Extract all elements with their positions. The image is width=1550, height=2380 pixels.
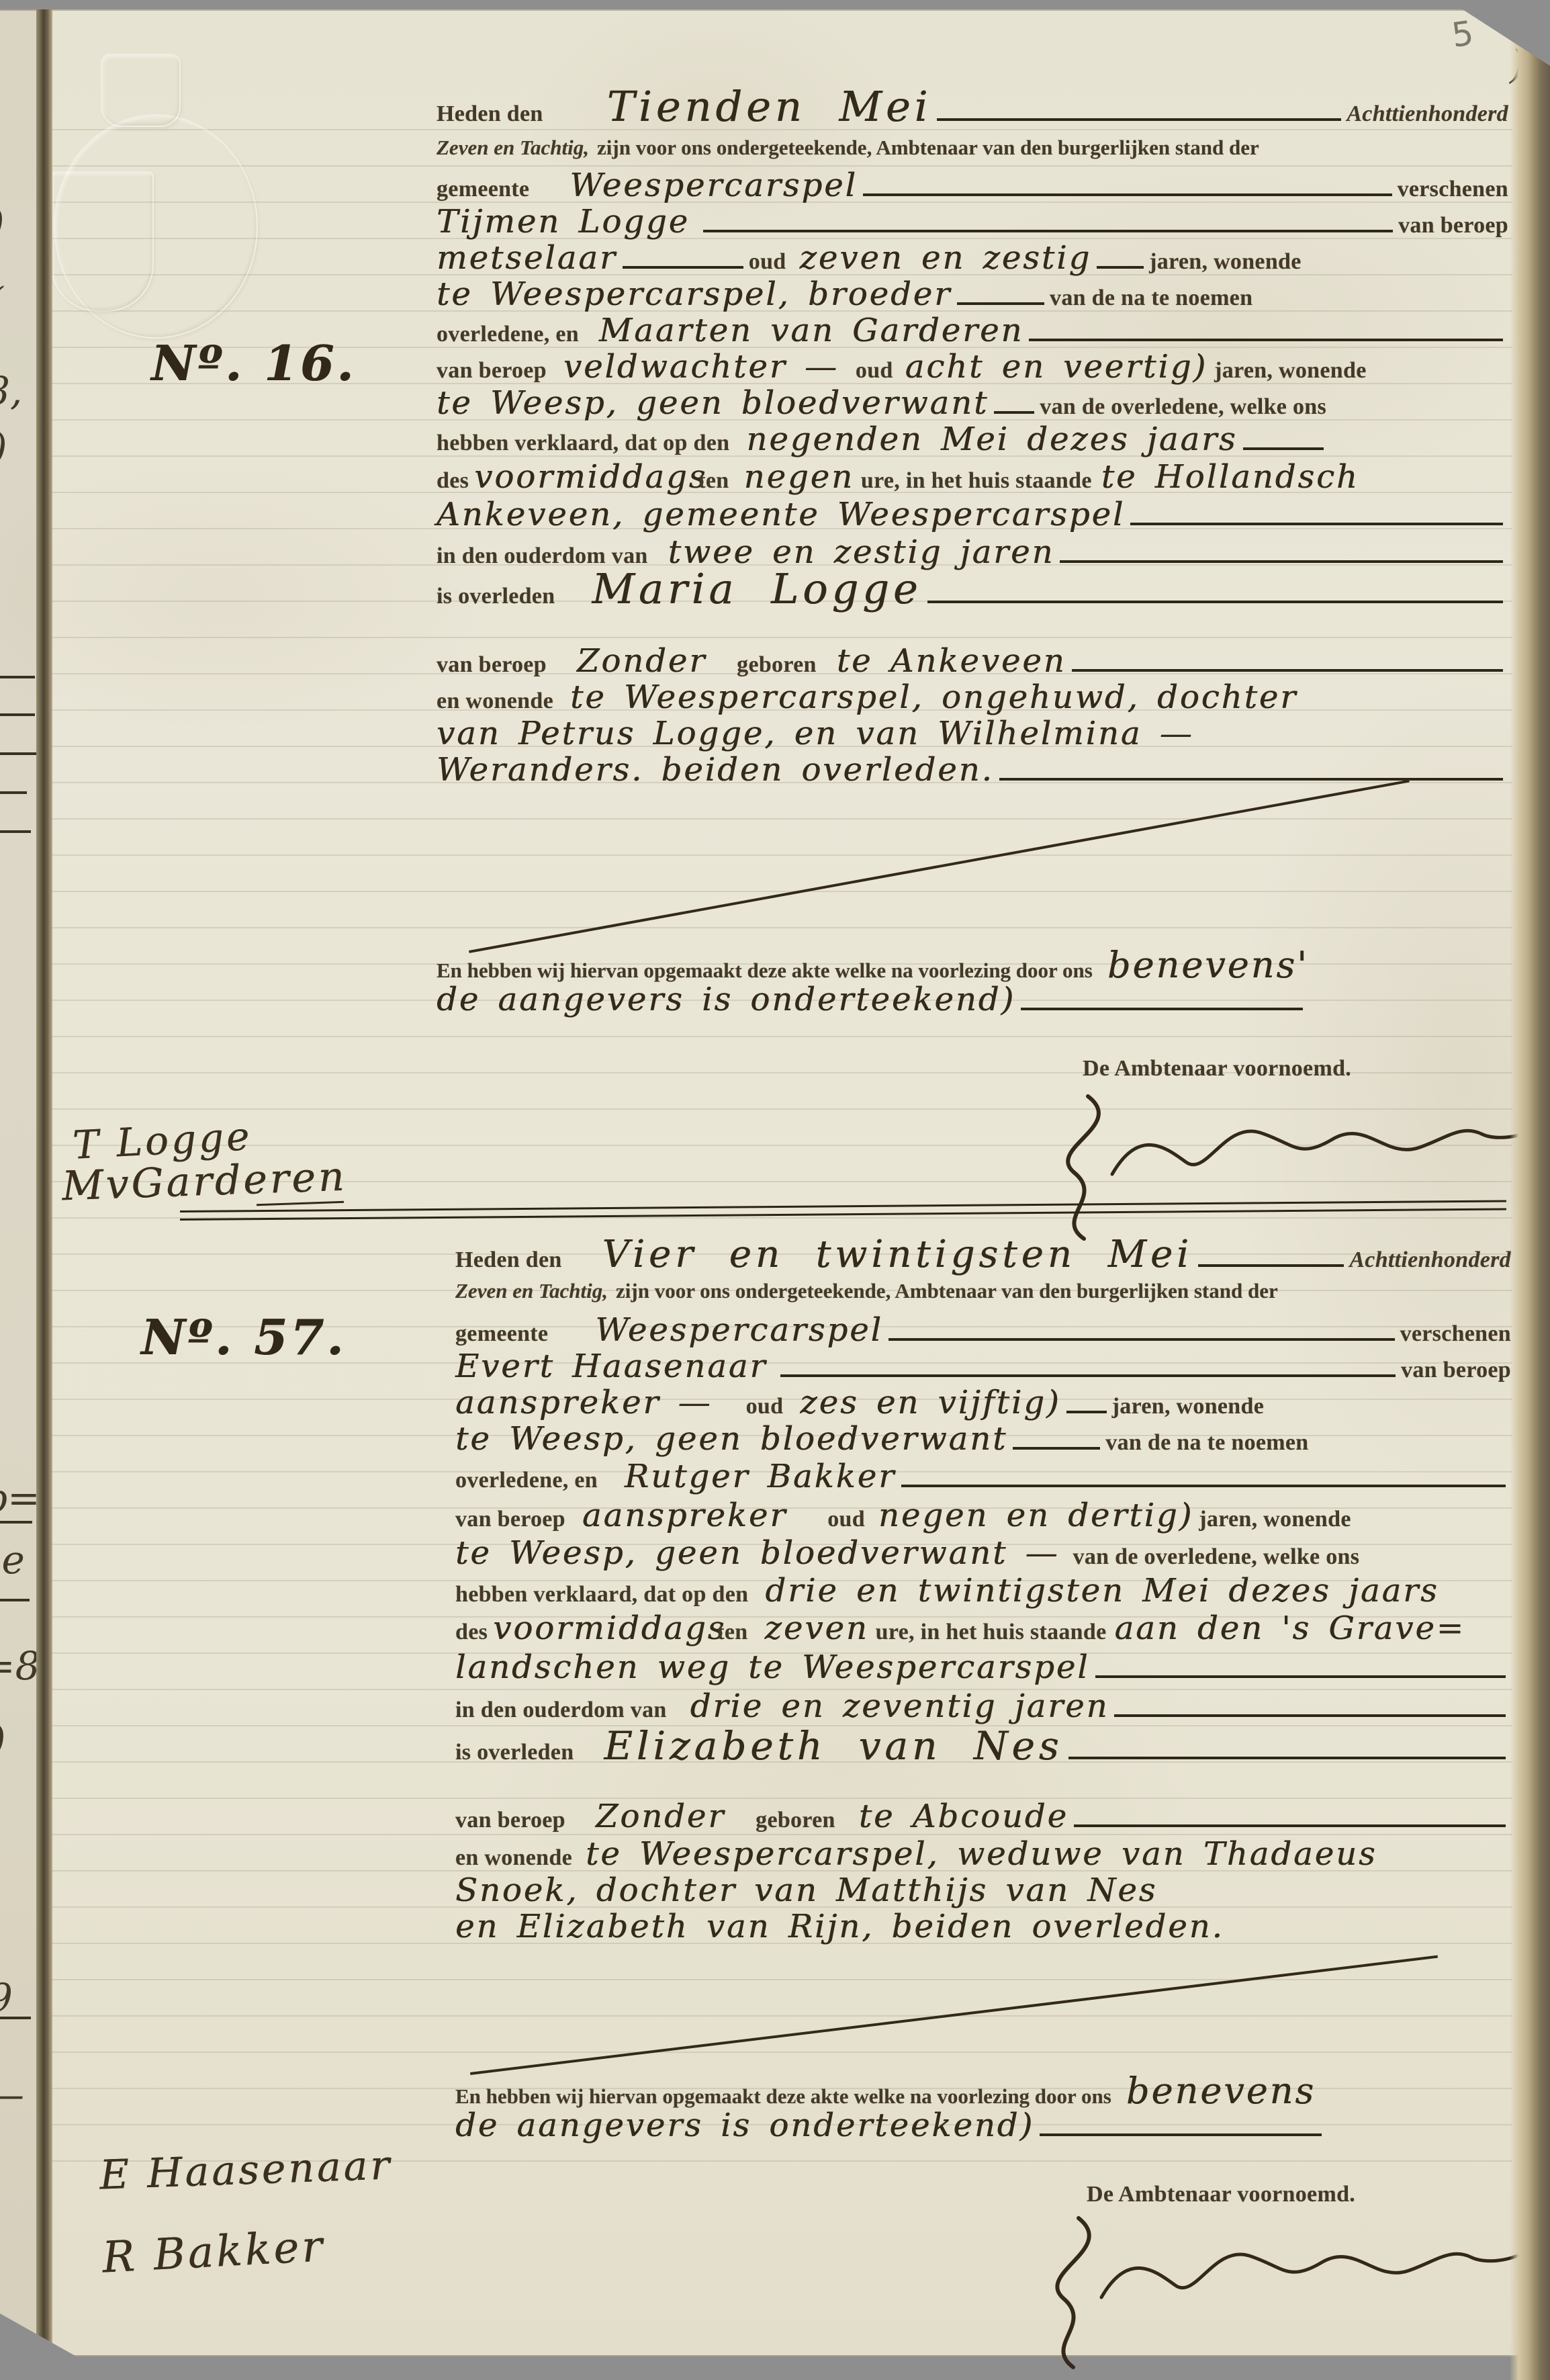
fill-rule <box>1097 266 1144 269</box>
handwritten-birthplace: te Abcoude <box>859 1800 1068 1833</box>
handwritten-closing-a: benevens <box>1126 2073 1316 2109</box>
act2-row-closing2: de aangevers is onderteekend) <box>455 2109 1511 2143</box>
printed-achttienhonderd: Achttienhonderd <box>1347 101 1508 127</box>
printed-verklaard: hebben verklaard, dat op den <box>437 431 729 456</box>
printed-geboren: geboren <box>756 1808 835 1833</box>
printed-heden-den: Heden den <box>455 1247 562 1273</box>
act1-row-gemeente: gemeente Weespercarspel verschenen <box>437 169 1508 203</box>
act2-row-residence2: te Weesp, geen bloedverwant — van de ove… <box>455 1537 1511 1570</box>
act1-row-hour: des voormiddags ten negen ure, in het hu… <box>437 461 1508 494</box>
printed-verschenen: verschenen <box>1400 1321 1511 1347</box>
fill-rule <box>1198 1264 1344 1267</box>
act2-row-gemeente: gemeente Weespercarspel verschenen <box>455 1314 1511 1348</box>
printed-ambtenaar: De Ambtenaar voornoemd. <box>1083 1056 1351 1082</box>
document-scan: Nº. 16. Heden den Tienden Mei Achttienho… <box>0 0 1550 2380</box>
handwritten-age1: zes en vijftig) <box>800 1386 1060 1419</box>
printed-ouderdom: in den ouderdom van <box>455 1698 667 1723</box>
handwritten-beroep3: Zonder <box>577 645 706 677</box>
handwritten-house-a: aan den 's Grave= <box>1115 1612 1465 1644</box>
act1-row-year: Zeven en Tachtig, zijn voor ons onderget… <box>437 136 1508 160</box>
act1-row-deceased: is overleden Maria Logge <box>437 568 1508 610</box>
printed-van-beroep: van beroep <box>455 1507 565 1532</box>
handwritten-parents-a: van Petrus Logge, en van Wilhelmina — <box>437 717 1194 750</box>
official-signature-flourish <box>1026 1094 1550 1241</box>
act2-row-hour: des voormiddags ten zeven ure, in het hu… <box>455 1612 1550 1645</box>
printed-en-wonende: en wonende <box>437 689 553 714</box>
printed-ten: ten <box>698 468 729 494</box>
handwritten-beroep1: metselaar <box>437 242 617 274</box>
handwritten-residence1: te Weesp, geen bloedverwant <box>455 1423 1007 1455</box>
handwritten-age1: zeven en zestig <box>800 242 1092 274</box>
fill-rule <box>1095 1675 1506 1678</box>
act1-row-house-b: Ankeveen, gemeente Weespercarspel <box>437 498 1508 532</box>
fill-rule <box>1060 560 1503 563</box>
handwritten-age2: negen en dertig) <box>878 1499 1193 1532</box>
printed-na-te-noemen: van de na te noemen <box>1050 285 1252 311</box>
handwritten-house-b: landschen weg te Weespercarspel <box>455 1651 1090 1683</box>
witness-signature-2: MvGarderen <box>61 1153 348 1210</box>
act1-row-beroep2: van beroep veldwachter — oud acht en vee… <box>437 351 1508 384</box>
fill-rule <box>1068 1757 1506 1759</box>
page-stack-edge <box>1510 0 1550 2380</box>
act1-row-born: van beroep Zonder geboren te Ankeveen <box>437 645 1508 678</box>
printed-oud: oud <box>827 1507 865 1532</box>
handwritten-declarant2: Rutger Bakker <box>625 1460 896 1493</box>
handwritten-wonende: te Weespercarspel, weduwe van Thadaeus <box>586 1838 1377 1870</box>
printed-closing: En hebben wij hiervan opgemaakt deze akt… <box>437 959 1093 983</box>
binding-gutter <box>36 9 52 2354</box>
printed-is-overleden: is overleden <box>455 1740 574 1765</box>
handwritten-residence2: te Weesp, geen bloedverwant <box>437 387 989 419</box>
handwritten-beroep1: aanspreker — <box>455 1386 713 1419</box>
handwritten-beroep3: Zonder <box>596 1800 725 1833</box>
printed-van-beroep: van beroep <box>1398 213 1508 238</box>
printed-closing: En hebben wij hiervan opgemaakt deze akt… <box>455 2084 1111 2109</box>
printed-des: des <box>455 1620 488 1645</box>
printed-jaren-wonende: jaren, wonende <box>1214 358 1366 384</box>
fill-rule <box>957 302 1044 305</box>
act1-row-declarant1: Tijmen Logge van beroep <box>437 206 1508 239</box>
act2-row-date: Heden den Vier en twintigsten Mei Achtti… <box>455 1236 1511 1274</box>
act1-row-death-date: hebben verklaard, dat op den negenden Me… <box>437 423 1508 457</box>
act1-row-residence1: te Weespercarspel, broeder van de na te … <box>437 278 1508 312</box>
fill-rule <box>703 230 1393 232</box>
fill-rule <box>1066 1411 1107 1413</box>
printed-verschenen: verschenen <box>1398 177 1508 202</box>
printed-van-beroep: van beroep <box>455 1808 565 1833</box>
printed-geboren: geboren <box>737 652 817 678</box>
printed-jaren-wonende: jaren, wonende <box>1199 1507 1351 1532</box>
handwritten-death-date: drie en twintigsten Mei dezes jaars <box>765 1575 1439 1607</box>
printed-heden-den: Heden den <box>437 101 543 127</box>
handwritten-residence1: te Weespercarspel, broeder <box>437 278 952 310</box>
fill-rule <box>1130 523 1503 525</box>
printed-jaren-wonende: jaren, wonende <box>1112 1394 1264 1419</box>
handwritten-gemeente: Weespercarspel <box>595 1314 883 1346</box>
handwritten-parents-a: Snoek, dochter van Matthijs van Nes <box>455 1874 1157 1906</box>
seal-shield <box>50 171 154 312</box>
act2-row-year: Zeven en Tachtig, zijn voor ons onderget… <box>455 1279 1511 1303</box>
fill-rule <box>937 118 1341 121</box>
act2-row-deceased: is overleden Elizabeth van Nes <box>455 1726 1511 1766</box>
seal-crown <box>101 54 181 127</box>
act2-row-age-of-death: in den ouderdom van drie en zeventig jar… <box>455 1690 1511 1724</box>
handwritten-age2: acht en veertig) <box>905 351 1208 383</box>
handwritten-closing-b: de aangevers is onderteekend) <box>455 2109 1034 2142</box>
printed-achttienhonderd: Achttienhonderd <box>1349 1247 1511 1273</box>
act1-number: Nº. 16. <box>151 335 356 392</box>
handwritten-hour: negen <box>744 461 854 493</box>
printed-des: des <box>437 468 469 494</box>
printed-verklaard: hebben verklaard, dat op den <box>455 1582 748 1607</box>
handwritten-declarant1: Evert Haasenaar <box>455 1350 767 1382</box>
act1-row-parents-a: van Petrus Logge, en van Wilhelmina — <box>437 717 1508 750</box>
printed-year-rest: zijn voor ons ondergeteekende, Ambtenaar… <box>597 136 1259 160</box>
official-signature-flourish <box>1014 2215 1545 2370</box>
printed-oud: oud <box>746 1394 784 1419</box>
printed-ure-huis: ure, in het huis staande <box>876 1620 1107 1645</box>
handwritten-dagdeel: voormiddags <box>474 461 707 493</box>
printed-van-beroep: van beroep <box>437 358 547 384</box>
printed-year-italic: Zeven en Tachtig, <box>437 136 589 160</box>
printed-gemeente: gemeente <box>437 177 529 202</box>
act2-row-declarant1: Evert Haasenaar van beroep <box>455 1350 1511 1384</box>
printed-welke-ons: van de overledene, welke ons <box>1073 1544 1360 1570</box>
act1-row-ambtenaar: De Ambtenaar voornoemd. <box>1083 1056 1432 1082</box>
fill-rule <box>1013 1447 1100 1450</box>
act2-row-born: van beroep Zonder geboren te Abcoude <box>455 1800 1511 1834</box>
handwritten-declarant1: Tijmen Logge <box>437 206 690 238</box>
handwritten-closing-b: de aangevers is onderteekend) <box>437 983 1015 1016</box>
printed-welke-ons: van de overledene, welke ons <box>1040 394 1326 420</box>
handwritten-wonende: te Weespercarspel, ongehuwd, dochter <box>570 681 1297 713</box>
fill-rule <box>623 266 743 269</box>
fill-rule <box>1029 339 1503 341</box>
printed-oud: oud <box>856 358 893 384</box>
printed-ten: ten <box>717 1620 747 1645</box>
act2-number: Nº. 57. <box>141 1309 346 1366</box>
act2-row-wonende: en wonende te Weespercarspel, weduwe van… <box>455 1838 1550 1871</box>
act1-row-declarant2: overledene, en Maarten van Garderen <box>437 314 1508 348</box>
fill-rule <box>863 193 1392 196</box>
act2-row-parents-b: en Elizabeth van Rijn, beiden overleden. <box>455 1910 1511 1943</box>
printed-oud: oud <box>749 249 786 275</box>
handwritten-parents-b: en Elizabeth van Rijn, beiden overleden. <box>455 1910 1224 1943</box>
printed-year-rest: zijn voor ons ondergeteekende, Ambtenaar… <box>616 1279 1278 1303</box>
printed-en-wonende: en wonende <box>455 1845 572 1871</box>
printed-year-italic: Zeven en Tachtig, <box>455 1279 608 1303</box>
act2-row-residence1: te Weesp, geen bloedverwant van de na te… <box>455 1423 1511 1456</box>
handwritten-residence2: te Weesp, geen bloedverwant — <box>455 1537 1060 1569</box>
handwritten-gemeente: Weespercarspel <box>569 169 858 202</box>
act1-row-date: Heden den Tienden Mei Achttienhonderd <box>437 86 1508 128</box>
handwritten-closing-a: benevens' <box>1107 947 1309 983</box>
handwritten-deceased-name: Elizabeth van Nes <box>604 1726 1062 1765</box>
printed-is-overleden: is overleden <box>437 584 555 609</box>
act1-row-beroep1: metselaar oud zeven en zestig jaren, won… <box>437 242 1508 275</box>
handwritten-beroep2: veldwachter — <box>563 351 839 383</box>
handwritten-birthplace: te Ankeveen <box>837 645 1066 677</box>
act2-row-beroep1: aanspreker — oud zes en vijftig) jaren, … <box>455 1386 1511 1420</box>
handwritten-house-a: te Hollandsch <box>1101 461 1359 493</box>
fill-rule <box>780 1374 1396 1377</box>
handwritten-house-b: Ankeveen, gemeente Weespercarspel <box>437 498 1125 531</box>
handwritten-parents-b: Weranders. beiden overleden. <box>437 754 994 786</box>
fill-rule <box>994 411 1034 414</box>
act1-row-closing: En hebben wij hiervan opgemaakt deze akt… <box>437 947 1538 983</box>
act2-row-closing: En hebben wij hiervan opgemaakt deze akt… <box>455 2073 1550 2109</box>
printed-gemeente: gemeente <box>455 1321 548 1347</box>
fill-rule <box>1114 1714 1506 1717</box>
fill-rule <box>901 1485 1506 1487</box>
fill-rule <box>1074 1824 1506 1827</box>
act1-row-parents-b: Weranders. beiden overleden. <box>437 754 1508 787</box>
handwritten-deceased-name: Maria Logge <box>592 568 921 610</box>
fill-rule <box>1243 447 1324 450</box>
handwritten-ouderdom: twee en zestig jaren <box>668 536 1055 568</box>
act1-row-residence2: te Weesp, geen bloedverwant van de overl… <box>437 387 1508 421</box>
printed-na-te-noemen: van de na te noemen <box>1105 1430 1308 1456</box>
printed-van-beroep: van beroep <box>437 652 547 678</box>
fill-rule <box>927 601 1503 603</box>
act2-row-ambtenaar: De Ambtenaar voornoemd. <box>1087 2182 1436 2207</box>
act1-row-closing2: de aangevers is onderteekend) <box>437 983 1508 1017</box>
printed-ambtenaar: De Ambtenaar voornoemd. <box>1087 2182 1355 2207</box>
act2-row-declarant2: overledene, en Rutger Bakker <box>455 1460 1511 1494</box>
act2-row-death-date: hebben verklaard, dat op den drie en twi… <box>455 1575 1550 1607</box>
facing-page-strip <box>0 9 38 2354</box>
printed-ure-huis: ure, in het huis staande <box>861 468 1092 494</box>
handwritten-dagdeel: voormiddags <box>493 1612 726 1644</box>
handwritten-act-date: Tienden Mei <box>607 86 932 128</box>
printed-overledene-en: overledene, en <box>437 322 579 347</box>
handwritten-declarant2: Maarten van Garderen <box>599 314 1023 347</box>
act2-row-house-b: landschen weg te Weespercarspel <box>455 1651 1511 1685</box>
fill-rule <box>1021 1008 1303 1010</box>
printed-overledene-en: overledene, en <box>455 1468 598 1493</box>
fill-rule <box>888 1338 1395 1341</box>
fill-rule <box>1040 2133 1322 2136</box>
handwritten-beroep2: aanspreker <box>582 1499 787 1532</box>
handwritten-ouderdom: drie en zeventig jaren <box>690 1690 1109 1722</box>
fill-rule <box>1072 669 1503 672</box>
handwritten-act-date: Vier en twintigsten Mei <box>602 1236 1193 1274</box>
printed-van-beroep: van beroep <box>1401 1358 1511 1383</box>
handwritten-hour: zeven <box>765 1612 869 1644</box>
act2-row-beroep2: van beroep aanspreker oud negen en derti… <box>455 1499 1511 1532</box>
act1-row-wonende: en wonende te Weespercarspel, ongehuwd, … <box>437 681 1508 714</box>
handwritten-death-date: negenden Mei dezes jaars <box>746 423 1237 455</box>
act2-row-parents-a: Snoek, dochter van Matthijs van Nes <box>455 1874 1511 1906</box>
fill-rule <box>999 778 1503 781</box>
printed-jaren-wonende: jaren, wonende <box>1149 249 1301 275</box>
